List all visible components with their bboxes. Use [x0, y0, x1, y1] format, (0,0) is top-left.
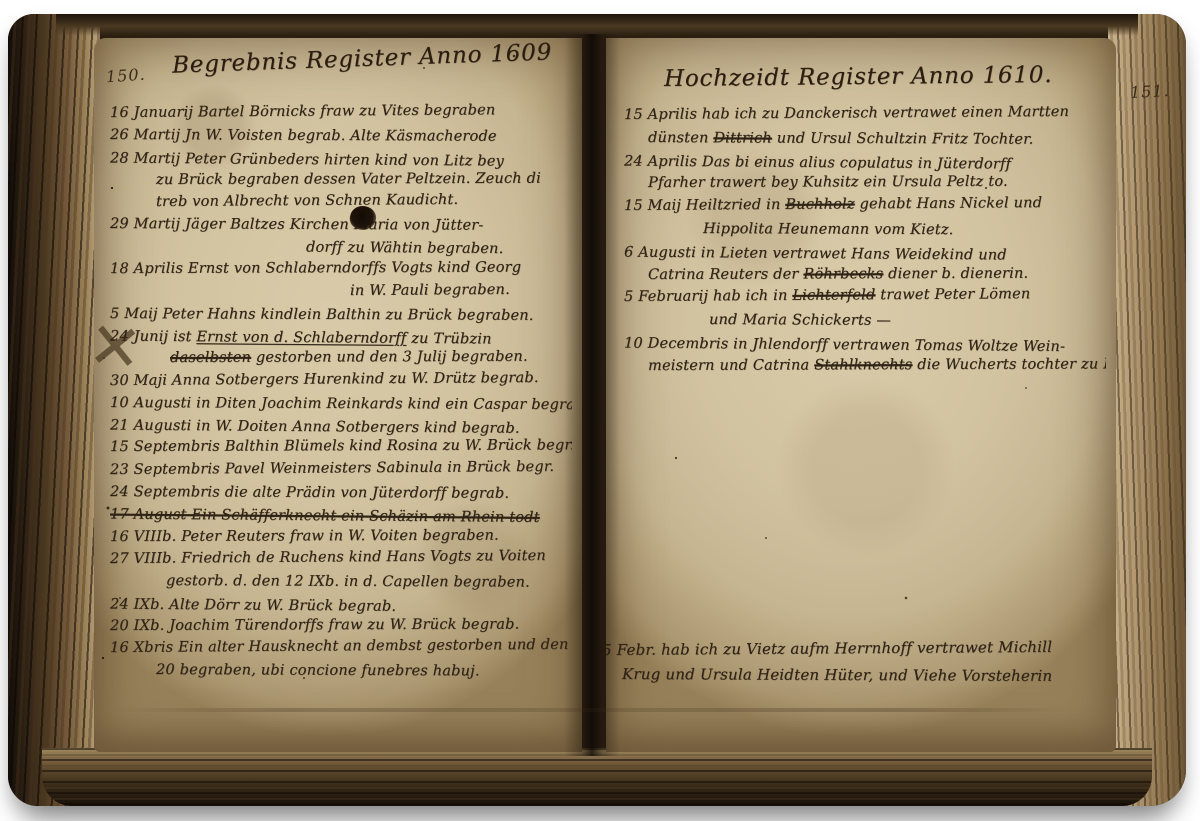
- left-page-number: 150.: [105, 65, 146, 87]
- register-entry: meistern und Catrina Stahlknechts die Wu…: [648, 353, 1106, 377]
- register-entry: 5 Febr. hab ich zu Vietz aufm Herrnhoff …: [602, 638, 1102, 662]
- register-entry: 20 begraben, ubi concione funebres habuj…: [156, 659, 572, 681]
- entry-text: 20 IXb. Joachim Türendorffs fraw zu W. B…: [110, 616, 519, 633]
- entry-text: gehabt Hans Nickel und: [855, 195, 1043, 212]
- entry-text: und Ursul Schultzin Fritz Tochter.: [772, 130, 1034, 147]
- register-entry: 24 Septembris die alte Prädin von Jüterd…: [110, 481, 572, 505]
- entry-text: 29 Martij Jäger Baltzes Kirchen Maria vo…: [110, 216, 484, 234]
- entry-text: dünsten: [648, 130, 713, 146]
- entry-text: 10 Augusti in Diten Joachim Reinkards ki…: [110, 395, 572, 413]
- entry-text: 24 Aprilis Das bi einus alius copulatus …: [624, 153, 1011, 172]
- register-entry: 15 Septembris Balthin Blümels kind Rosin…: [110, 435, 572, 459]
- register-entry: in W. Pauli begraben.: [350, 279, 572, 303]
- struck-text: Stahlknechts: [814, 357, 912, 373]
- entry-text: 15 Septembris Balthin Blümels kind Rosin…: [110, 438, 572, 456]
- struck-text: daselbsten: [170, 350, 251, 366]
- entry-text: 5 Febr. hab ich zu Vietz aufm Herrnhoff …: [602, 638, 1052, 659]
- register-entry: 5 Maij Peter Hahns kindlein Balthin zu B…: [110, 303, 572, 327]
- register-entry: Krug und Ursula Heidten Hüter, und Viehe…: [622, 662, 1102, 686]
- register-entry: 16 Januarij Bartel Börnicks fraw zu Vite…: [110, 102, 572, 124]
- right-page-heading: Hochzeidt Register Anno 1610.: [664, 62, 1053, 92]
- right-page: 151. Hochzeidt Register Anno 1610. 15 Ap…: [606, 38, 1116, 752]
- page-edges-right: [1108, 14, 1186, 806]
- struck-text: Dittrich: [713, 130, 772, 146]
- register-entry: dünsten Dittrich und Ursul Schultzin Fri…: [648, 127, 1106, 152]
- entry-text: meistern und Catrina: [648, 357, 814, 374]
- entry-text: Hippolita Heunemann vom Kietz.: [703, 221, 954, 238]
- struck-text: 17 August Ein Schäfferknecht ein Schäzin…: [110, 507, 540, 526]
- register-entry: 16 Xbris Ein alter Hausknecht an dembst …: [110, 634, 572, 660]
- entry-text: 16 Januarij Bartel Börnicks fraw zu Vite…: [110, 102, 495, 121]
- entry-text: 18 Aprilis Ernst von Schlaberndorffs Vog…: [110, 260, 521, 277]
- page-edges-bottom: [42, 748, 1152, 806]
- struck-text: Buchholz: [785, 197, 855, 213]
- right-page-number: 151.: [1130, 81, 1171, 102]
- entry-text: in W. Pauli begraben.: [350, 282, 510, 299]
- entry-text: die Wucherts tochter zu Diten.: [912, 356, 1106, 373]
- register-entry: 18 Aprilis Ernst von Schlaberndorffs Vog…: [110, 256, 572, 280]
- entry-text: 10 Decembris in Jhlendorff vertrawen Tom…: [624, 335, 1065, 354]
- marriage-register-entries: 15 Aprilis hab ich zu Danckerisch vertra…: [624, 104, 1106, 378]
- entry-text: 5 Februarij hab ich in: [624, 288, 792, 305]
- struck-text: Lichterfeld: [792, 288, 875, 305]
- entry-text: 15 Maij Heiltzried in: [624, 197, 785, 214]
- entry-text: trawet Peter Lömen: [875, 287, 1030, 304]
- entry-text: 24 IXb. Alte Dörr zu W. Brück begrab.: [110, 596, 396, 614]
- entry-text: dorff zu Wähtin begraben.: [306, 239, 504, 257]
- entry-text: 26 Martij Jn W. Voisten begrab. Alte Käs…: [110, 127, 497, 145]
- left-page: 150. Begrebnis Register Anno 1609 ✕ 16 J…: [94, 38, 582, 752]
- register-entry: daselbsten gestorben und den 3 Julij beg…: [170, 346, 572, 370]
- cover-edge-top: [56, 14, 1138, 36]
- register-entry: 15 Maij Heiltzried in Buchholz gehabt Ha…: [624, 192, 1106, 218]
- register-entry: 27 VIIIb. Friedrich de Ruchens kind Hans…: [110, 545, 572, 571]
- book-gutter: [564, 34, 620, 756]
- register-entry: 23 Septembris Pavel Weinmeisters Sabinul…: [110, 456, 572, 482]
- entry-text: 16 VIIIb. Peter Reuters fraw in W. Voite…: [110, 527, 499, 544]
- entry-text: diener b. dienerin.: [883, 265, 1028, 282]
- entry-text: Pfarher trawert bey Kuhsitz ein Ursula P…: [648, 174, 1008, 191]
- entry-text: 28 Martij Peter Grünbeders hirten kind v…: [110, 150, 504, 169]
- entry-text: gestorb. d. den 12 IXb. in d. Capellen b…: [166, 573, 530, 591]
- struck-text: Röhrbecks: [803, 266, 883, 282]
- entry-text: und Maria Schickerts —: [709, 312, 891, 329]
- entry-text: 23 Septembris Pavel Weinmeisters Sabinul…: [110, 459, 554, 478]
- register-entry: 26 Martij Jn W. Voisten begrab. Alte Käs…: [110, 124, 572, 148]
- register-entry: 30 Maji Anna Sotbergers Hurenkind zu W. …: [110, 366, 572, 392]
- entry-text: zu Brück begraben dessen Vater Peltzein.…: [156, 171, 541, 188]
- register-entry: 29 Martij Jäger Baltzes Kirchen Maria vo…: [110, 213, 572, 237]
- entry-text: Catrina Reuters der: [648, 266, 803, 283]
- underl-text: Ernst von d. Schlaberndorff: [196, 329, 406, 347]
- entry-text: 20 begraben, ubi concione funebres habuj…: [156, 662, 480, 679]
- register-entry: und Maria Schickerts —: [709, 309, 1106, 334]
- entry-text: 16 Xbris Ein alter Hausknecht an dembst …: [110, 637, 569, 656]
- entry-text: 15 Aprilis hab ich zu Danckerisch vertra…: [624, 104, 1069, 123]
- entry-text: 5 Maij Peter Hahns kindlein Balthin zu B…: [110, 306, 534, 324]
- entry-text: gestorben und den 3 Julij begraben.: [251, 349, 528, 366]
- register-entry: 5 Februarij hab ich in Lichterfeld trawe…: [624, 283, 1106, 309]
- marriage-register-late-entries: 5 Febr. hab ich zu Vietz aufm Herrnhoff …: [602, 638, 1102, 686]
- entry-text: 24 Septembris die alte Prädin von Jüterd…: [110, 484, 509, 502]
- entry-text: 24 Junij ist: [110, 328, 196, 345]
- page-crease: [118, 708, 1066, 712]
- entry-text: 30 Maji Anna Sotbergers Hurenkind zu W. …: [110, 370, 539, 389]
- entry-text: treb von Albrecht von Schnen Kaudicht.: [156, 192, 458, 210]
- register-entry: 10 Augusti in Diten Joachim Reinkards ki…: [110, 392, 572, 416]
- register-entry: 15 Aprilis hab ich zu Danckerisch vertra…: [624, 104, 1106, 127]
- manuscript-book: 150. Begrebnis Register Anno 1609 ✕ 16 J…: [8, 14, 1186, 806]
- entry-text: 27 VIIIb. Friedrich de Ruchens kind Hans…: [110, 548, 546, 567]
- burial-register-entries: 16 Januarij Bartel Börnicks fraw zu Vite…: [110, 102, 572, 682]
- left-page-heading: Begrebnis Register Anno 1609: [172, 39, 553, 78]
- entry-text: 6 Augusti in Lieten vertrawet Hans Weide…: [624, 244, 1007, 263]
- entry-text: Krug und Ursula Heidten Hüter, und Viehe…: [622, 665, 1052, 685]
- register-entry: gestorb. d. den 12 IXb. in d. Capellen b…: [166, 570, 572, 594]
- register-entry: Hippolita Heunemann vom Kietz.: [703, 218, 1106, 243]
- page-edges-left: [8, 14, 100, 806]
